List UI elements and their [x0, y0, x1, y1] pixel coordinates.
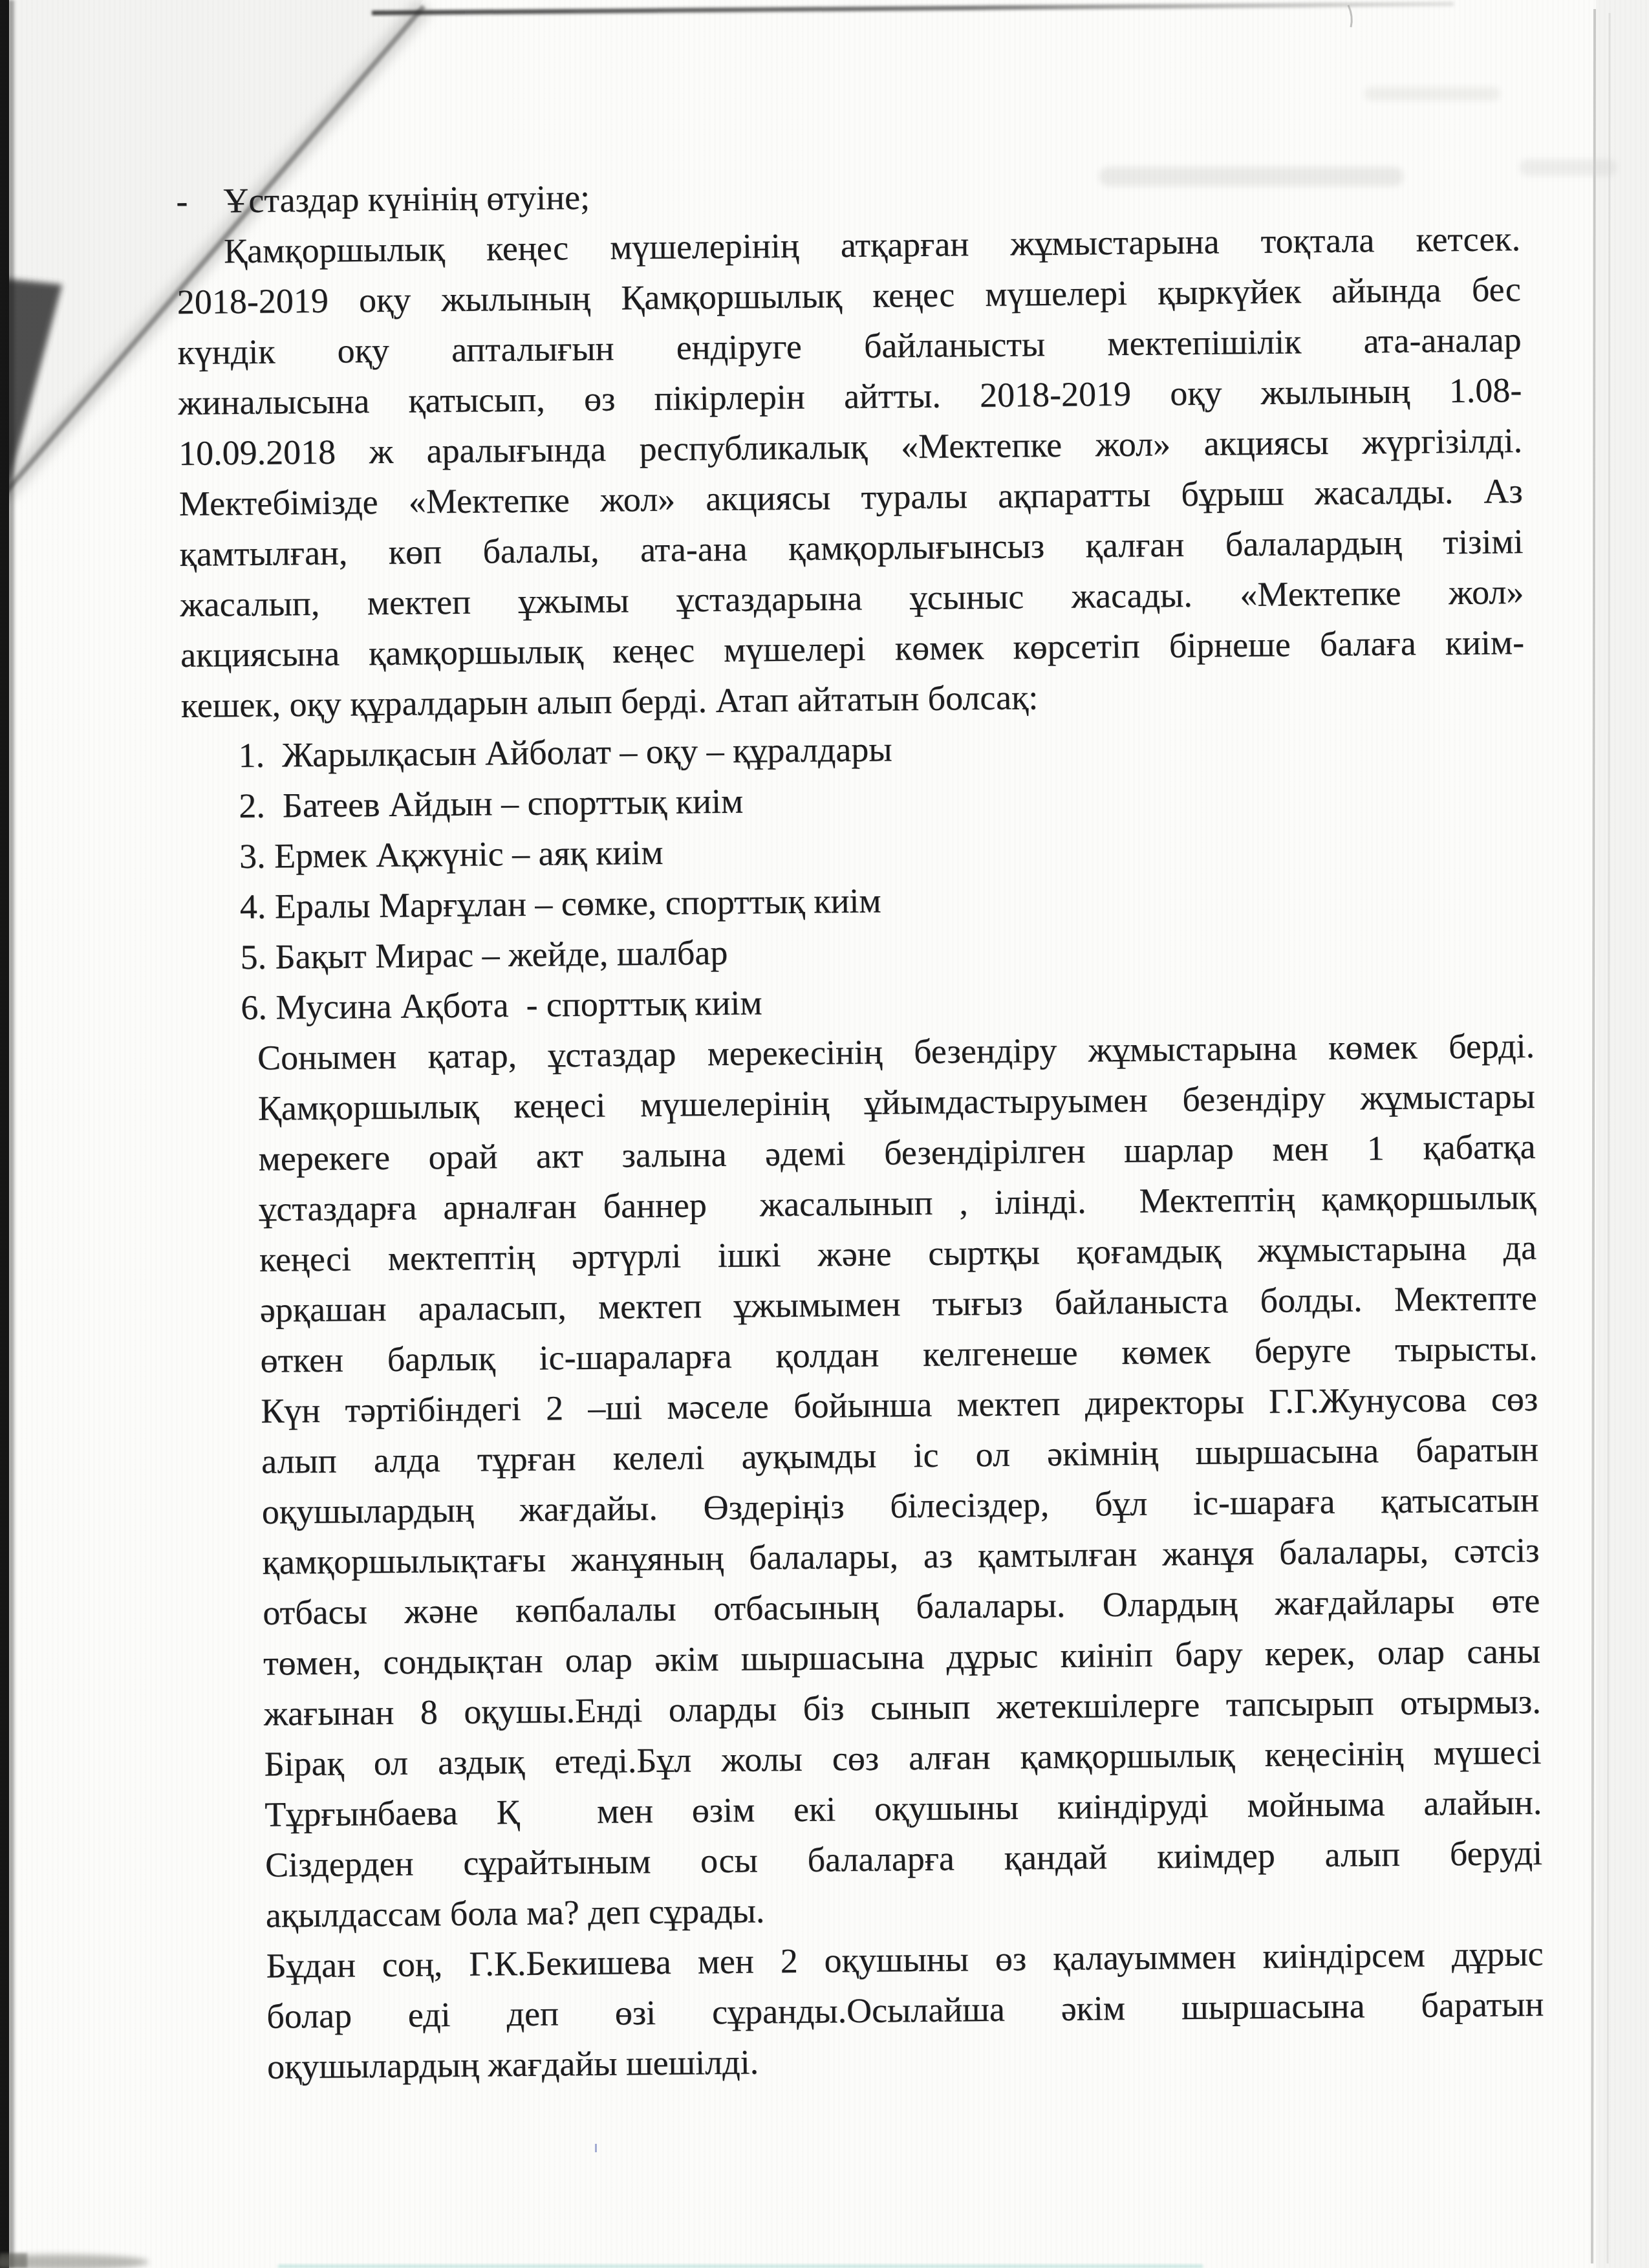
right-edge-line — [1592, 9, 1595, 2263]
dash-bullet: - — [176, 175, 224, 226]
scanned-page: - Ұстаздар күнінің өтуіне; Қамқоршылық к… — [0, 0, 1649, 2268]
bottom-color-fringe — [278, 2265, 1203, 2268]
right-outside-area — [1596, 0, 1649, 2268]
bleed-through-mark — [1364, 87, 1500, 101]
left-edge-black-strip — [0, 0, 9, 2268]
top-edge-line — [372, 4, 1454, 13]
bleed-through-mark — [1520, 159, 1617, 176]
pen-speck — [595, 2144, 597, 2152]
text-line: Ұстаздар күнінің өтуіне; — [223, 172, 590, 226]
left-edge-strip-shadow — [8, 0, 14, 2268]
bottom-left-speck — [0, 2253, 27, 2268]
document-text: - Ұстаздар күнінің өтуіне; Қамқоршылық к… — [176, 163, 1538, 2093]
top-edge-curl — [1348, 5, 1352, 27]
